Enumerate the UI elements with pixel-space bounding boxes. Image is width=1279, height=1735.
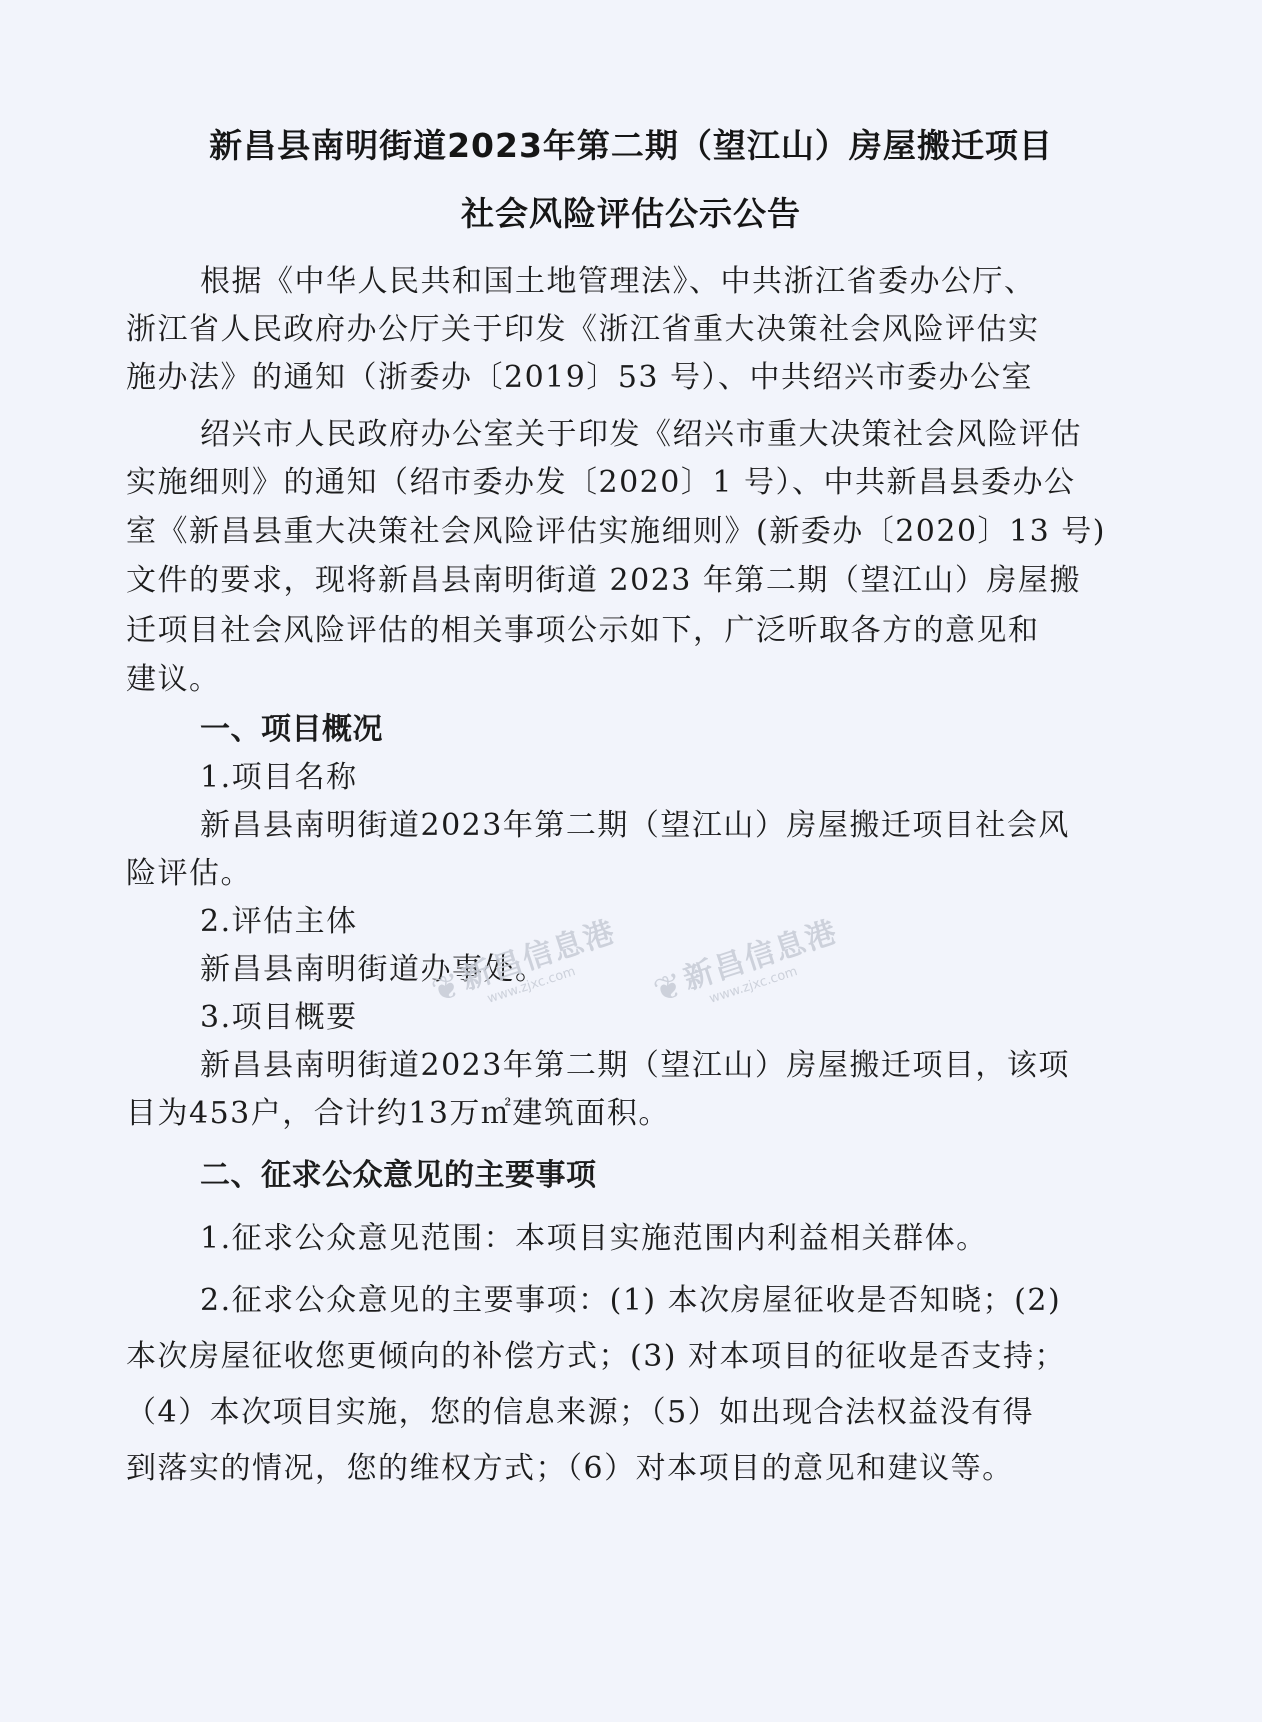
item-text: 目为453户，合计约13万㎡建筑面积。 [126,1088,670,1132]
intro-line: 室《新昌县重大决策社会风险评估实施细则》(新委办〔2020〕13 号) [126,506,1106,550]
item-text: 2.征求公众意见的主要事项：(1) 本次房屋征收是否知晓；(2) [200,1275,1061,1319]
item-text: 险评估。 [126,848,252,892]
item-text: 新昌县南明街道2023年第二期（望江山）房屋搬迁项目社会风 [200,800,1070,844]
section-heading: 一、项目概况 [200,704,383,748]
intro-line: 施办法》的通知（浙委办〔2019〕53 号）、中共绍兴市委办公室 [126,352,1033,396]
watermark: ❦ 新昌信息港 www.zjxc.com [455,907,625,1013]
item-label: 1.项目名称 [200,752,358,796]
item-text: 本次房屋征收您更倾向的补偿方式；(3) 对本项目的征收是否支持； [126,1331,1066,1375]
intro-line: 实施细则》的通知（绍市委办发〔2020〕1 号）、中共新昌县委办公 [126,457,1075,501]
item-label: 3.项目概要 [200,992,358,1036]
item-text: 到落实的情况，您的维权方式；（6）对本项目的意见和建议等。 [126,1443,1014,1487]
document-title-line-2: 社会风险评估公示公告 [0,188,1262,235]
document-title-line-1: 新昌县南明街道2023年第二期（望江山）房屋搬迁项目 [0,120,1262,167]
intro-line: 迁项目社会风险评估的相关事项公示如下，广泛听取各方的意见和 [126,605,1040,649]
intro-line: 绍兴市人民政府办公室关于印发《绍兴市重大决策社会风险评估 [200,409,1082,453]
item-text: （4）本次项目实施，您的信息来源；（5）如出现合法权益没有得 [126,1387,1034,1431]
intro-line: 浙江省人民政府办公厅关于印发《浙江省重大决策社会风险评估实 [126,304,1040,348]
item-text: 新昌县南明街道2023年第二期（望江山）房屋搬迁项目，该项 [200,1040,1070,1084]
item-text: 1.征求公众意见范围：本项目实施范围内利益相关群体。 [200,1213,988,1257]
watermark: ❦ 新昌信息港 www.zjxc.com [677,907,847,1013]
section-heading: 二、征求公众意见的主要事项 [200,1150,597,1194]
scanned-document-page: 新昌县南明街道2023年第二期（望江山）房屋搬迁项目 社会风险评估公示公告 根据… [0,0,1262,1722]
intro-line: 根据《中华人民共和国土地管理法》、中共浙江省委办公厅、 [200,256,1036,300]
intro-line: 文件的要求，现将新昌县南明街道 2023 年第二期（望江山）房屋搬 [126,555,1081,599]
item-label: 2.评估主体 [200,896,358,940]
intro-line: 建议。 [126,654,221,698]
